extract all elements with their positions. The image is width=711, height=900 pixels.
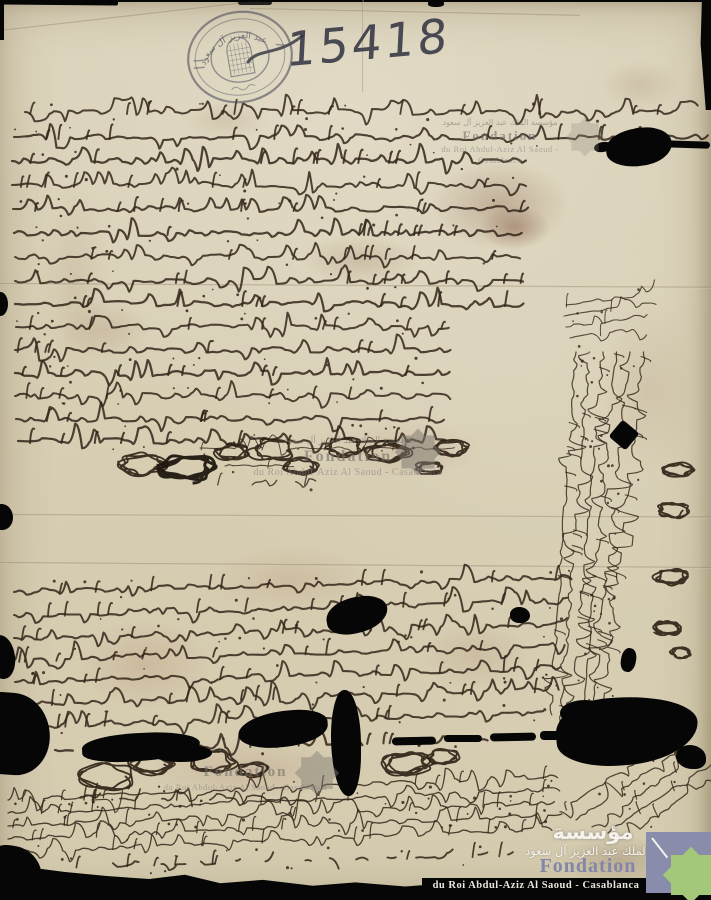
signature-scribble	[427, 749, 460, 764]
foundation-logo-latin-title: Fondation	[528, 855, 648, 878]
handwriting-line	[218, 473, 334, 492]
handwriting-line	[15, 335, 450, 362]
signature-scribble	[247, 439, 292, 461]
handwriting-line	[15, 629, 565, 671]
handwriting-line	[12, 144, 526, 174]
manuscript-ink-layer: عبد العزيز آل سعود	[0, 0, 711, 900]
archive-stamp: عبد العزيز آل سعود	[181, 4, 299, 111]
handwriting-line	[14, 218, 522, 242]
signature-scribble	[658, 503, 689, 519]
handwriting-line	[25, 95, 698, 125]
signature-scribble	[158, 456, 216, 483]
handwriting-line	[16, 313, 449, 338]
signature-scribble	[662, 462, 694, 476]
handwriting-line	[15, 288, 523, 315]
handwriting-line	[15, 243, 520, 268]
signature-scribble	[416, 462, 443, 474]
handwriting-line	[558, 351, 618, 750]
handwriting-line	[15, 381, 450, 408]
handwriting-line	[16, 402, 444, 431]
signature-scribble	[325, 438, 365, 458]
eight-point-star-icon	[660, 844, 711, 900]
handwriting-line	[564, 305, 647, 329]
handwriting-line	[55, 724, 520, 761]
signature-scribble	[653, 621, 681, 635]
foundation-logo-latin-subtitle: du Roi Abdul-Aziz Al Saoud - Casablanca	[420, 880, 652, 891]
handwriting-line	[14, 562, 572, 603]
document-scan: عبد العزيز آل سعود 15418 مؤسسة الملك عبد…	[0, 0, 711, 900]
signature-scribble	[238, 762, 269, 777]
handwriting-line	[15, 654, 561, 693]
foundation-logo-arabic-title: مؤسسة	[538, 820, 648, 844]
handwriting-line	[562, 292, 656, 323]
handwriting-line	[14, 124, 708, 149]
signature-scribble	[652, 569, 687, 586]
foundation-logo: مؤسسة الملك عبد العزيز آل سعود Fondation…	[420, 808, 711, 900]
handwriting-line	[13, 195, 528, 220]
signature-scribble	[214, 443, 249, 460]
signature-scribble	[364, 441, 412, 463]
handwriting-line	[15, 265, 523, 292]
signature-scribble	[670, 647, 691, 658]
handwriting-line	[566, 351, 629, 756]
